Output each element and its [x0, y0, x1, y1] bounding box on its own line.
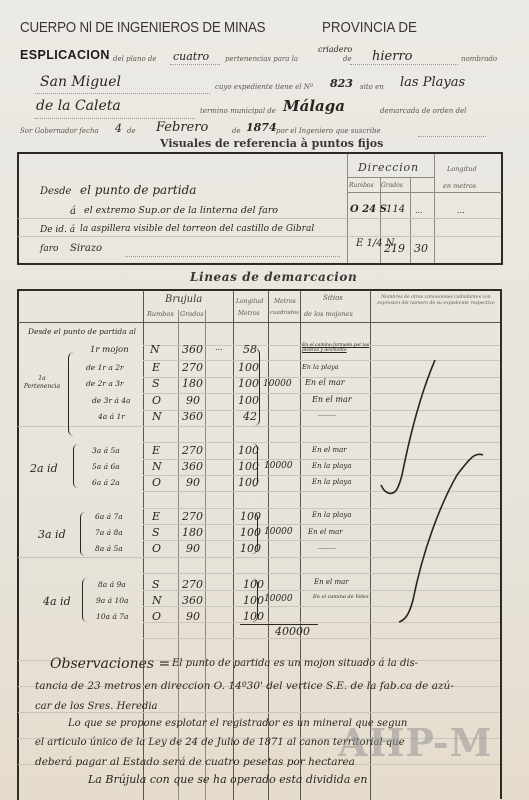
row-longitud: 100	[243, 578, 264, 591]
row-longitud: 100	[238, 377, 259, 390]
row-sitio: En el camino de Velez	[313, 594, 369, 600]
row-longitud: 100	[243, 594, 264, 607]
row-longitud: 100	[240, 510, 261, 523]
row-segment: 1r mojon	[90, 345, 129, 355]
ref-prefix: Desde	[40, 186, 71, 197]
date-month: Febrero	[156, 120, 208, 135]
row-rumbo: E	[152, 510, 160, 523]
document-title: ESPLICACION	[20, 48, 110, 62]
label-ingeniero: por el Ingeniero que suscribe	[276, 127, 381, 135]
row-sitio: En el camino formado por las piedras y d…	[302, 343, 370, 353]
col-longitud: Longitud	[447, 165, 477, 173]
row-sitio: En la playa	[302, 363, 339, 371]
label-de: de	[343, 55, 352, 63]
group-area: 10000	[264, 527, 293, 537]
row-grados: 360	[182, 594, 203, 607]
label-pertenencias: pertenencias para la	[225, 55, 298, 63]
date-day: 4	[115, 122, 122, 135]
row-grados: 90	[186, 542, 200, 555]
group-label: 1a Pertenencia	[22, 375, 62, 391]
row-longitud: 100	[238, 444, 259, 457]
group-label: 2a id	[30, 462, 58, 475]
ref-prefix: De id. á	[40, 225, 75, 235]
row-segment: 3a á 5a	[92, 446, 120, 455]
date-year: 1874	[246, 121, 277, 134]
row-rumbo: S	[152, 578, 160, 591]
row-segment: 10a á 7a	[96, 612, 129, 621]
row-grados: 270	[182, 361, 203, 374]
row-segment: 8a á 9a	[98, 580, 126, 589]
ref-rumbo: O 24 S	[350, 204, 387, 215]
ref-prefix: á	[70, 206, 76, 217]
label-del-plano: del plano de	[113, 55, 157, 63]
row-sitio: En el mar	[305, 378, 345, 387]
label-de-month: de	[127, 127, 136, 135]
expediente-number: 823	[330, 77, 353, 90]
archive-watermark: AHP-M	[338, 720, 493, 765]
row-segment: 6a á 7a	[95, 512, 123, 521]
row-segment: de 3r á 4a	[92, 396, 130, 405]
row-grados: 90	[186, 476, 200, 489]
label-gobernador: Sor Gobernador fecha	[20, 127, 99, 135]
row-sitio: ———	[318, 545, 336, 552]
row-sitio: En el mar	[308, 528, 343, 536]
ref-minutos: 30	[414, 242, 428, 255]
label-sito-en: sito en	[360, 83, 384, 91]
row-rumbo: N	[152, 460, 162, 473]
col-longitud-sub: Metros	[238, 310, 260, 317]
site-location: las Playas	[400, 75, 465, 90]
row-longitud: 100	[238, 460, 259, 473]
row-segment: de 2r a 3r	[86, 379, 124, 388]
row-grados: 360	[182, 460, 203, 473]
row-longitud: 100	[240, 542, 261, 555]
row-longitud: 58	[243, 343, 257, 356]
ref-prefix: faro	[40, 244, 58, 254]
row-grados: 270	[182, 510, 203, 523]
col-longitud: Longitud	[236, 298, 263, 305]
pertenencias-count: cuatro	[173, 50, 209, 63]
label-nombrado: nombrado	[461, 55, 497, 63]
cancel-flourish-icon	[395, 450, 485, 650]
row-grados: 360	[182, 343, 203, 356]
row-grados: 180	[182, 377, 203, 390]
row-grados: 270	[182, 444, 203, 457]
col-metros-sub: cuadrados	[270, 310, 299, 316]
col-concesiones: Nombres de otras concesiones colindantes…	[374, 295, 498, 307]
row-rumbo: N	[152, 410, 162, 423]
ref-text: el punto de partida	[80, 183, 196, 197]
observation-line: deberá pagar al Estado será de cuatro pe…	[35, 756, 355, 768]
row-segment: 7a á 8a	[95, 528, 123, 537]
row-rumbo: E	[152, 361, 160, 374]
row-rumbo: O	[152, 476, 161, 489]
observations-label: Observaciones =	[50, 656, 170, 672]
col-sitios: Sitios	[323, 294, 343, 302]
ref-text: la aspillera visible del torreon del cas…	[80, 224, 314, 234]
observation-line: car de los Sres. Heredia	[35, 701, 158, 712]
label-termino: termino municipal de	[200, 107, 276, 115]
row-grados: 270	[182, 578, 203, 591]
row-longitud: 100	[243, 610, 264, 623]
deposit-type: criadero	[318, 45, 352, 54]
row-rumbo: O	[152, 610, 161, 623]
row-grados: 180	[182, 526, 203, 539]
col-grados: Grados	[180, 310, 204, 318]
ref-text: el extremo Sup.or de la linterna del far…	[84, 205, 278, 216]
row-sitio: En la playa	[312, 462, 352, 470]
row-longitud: 100	[238, 476, 259, 489]
row-segment: 9a á 10a	[96, 596, 129, 605]
start-label: Desde el punto de partida al	[28, 327, 138, 336]
observation-line: La Brújula con que se ha operado esta di…	[88, 773, 367, 786]
row-grados: 90	[186, 394, 200, 407]
row-rumbo: O	[152, 542, 161, 555]
row-rumbo: O	[152, 394, 161, 407]
group-area: 10000	[264, 594, 293, 604]
total-area: 40000	[275, 625, 310, 638]
mineral-name: hierro	[372, 49, 412, 64]
row-grados: 90	[186, 610, 200, 623]
group-area: 10000	[263, 379, 292, 389]
row-segment: 4a á 1r	[98, 412, 125, 421]
ref-grados: 114	[386, 204, 405, 215]
municipality: Málaga	[283, 97, 345, 115]
col-rumbos: Rumbos	[147, 310, 174, 318]
site-location-cont: de la Caleta	[36, 98, 121, 114]
group-label: 4a id	[43, 595, 71, 608]
row-segment: 8a á 5a	[95, 544, 123, 553]
row-sitio: En el mar	[314, 578, 349, 586]
group-label: 3a id	[38, 528, 66, 541]
ref-longitud: ...	[457, 206, 465, 215]
row-rumbo: S	[152, 526, 160, 539]
row-rumbo: N	[150, 343, 160, 356]
province-label: PROVINCIA DE	[322, 20, 417, 36]
mine-name: San Miguel	[40, 74, 121, 90]
row-sitio: En el mar	[312, 395, 352, 404]
col-rumbos: Rumbos	[349, 182, 374, 189]
row-segment: de 1r a 2r	[86, 363, 124, 372]
col-brujula: Brujula	[165, 294, 202, 305]
row-extra: ...	[215, 343, 223, 352]
row-sitio: En la playa	[312, 478, 352, 486]
row-segment: 5a á 6a	[92, 462, 120, 471]
col-sitios-sub: de los mojones	[304, 310, 353, 318]
row-longitud: 100	[240, 526, 261, 539]
row-segment: 6a á 2a	[92, 478, 120, 487]
observation-line: El punto de partida es un mojon situado …	[172, 658, 418, 669]
demarcation-title: Lineas de demarcacion	[190, 270, 357, 284]
row-longitud: 42	[243, 410, 257, 423]
ref-text: Sirazo	[70, 243, 102, 254]
row-sitio: ———	[318, 412, 336, 419]
document-page: CUERPO Nl DE INGENIEROS DE MINAS PROVINC…	[0, 0, 529, 800]
row-longitud: 100	[238, 394, 259, 407]
col-direccion: Direccion	[358, 161, 419, 174]
label-demarcada: demarcada de orden del	[380, 107, 466, 115]
observation-line: tancia de 23 metros en direccion O. 14º3…	[35, 680, 454, 692]
row-grados: 360	[182, 410, 203, 423]
references-title: Visuales de referencia à puntos fijos	[160, 137, 383, 150]
row-sitio: En el mar	[312, 446, 347, 454]
col-metros: Metros	[274, 298, 296, 305]
corps-heading: CUERPO Nl DE INGENIEROS DE MINAS	[20, 20, 265, 36]
ref-minutos: ...	[415, 206, 423, 215]
row-sitio: En la playa	[312, 511, 352, 519]
row-rumbo: N	[152, 594, 162, 607]
group-area: 10000	[264, 461, 293, 471]
ref-grados: 219	[384, 242, 405, 255]
row-rumbo: E	[152, 444, 160, 457]
label-de-year: de	[232, 127, 241, 135]
label-expediente: cuyo expediente tiene el Nº	[215, 83, 313, 91]
col-grados: Grados	[381, 182, 403, 189]
row-rumbo: S	[152, 377, 160, 390]
row-longitud: 100	[238, 361, 259, 374]
col-longitud-sub: en metros	[443, 182, 476, 190]
